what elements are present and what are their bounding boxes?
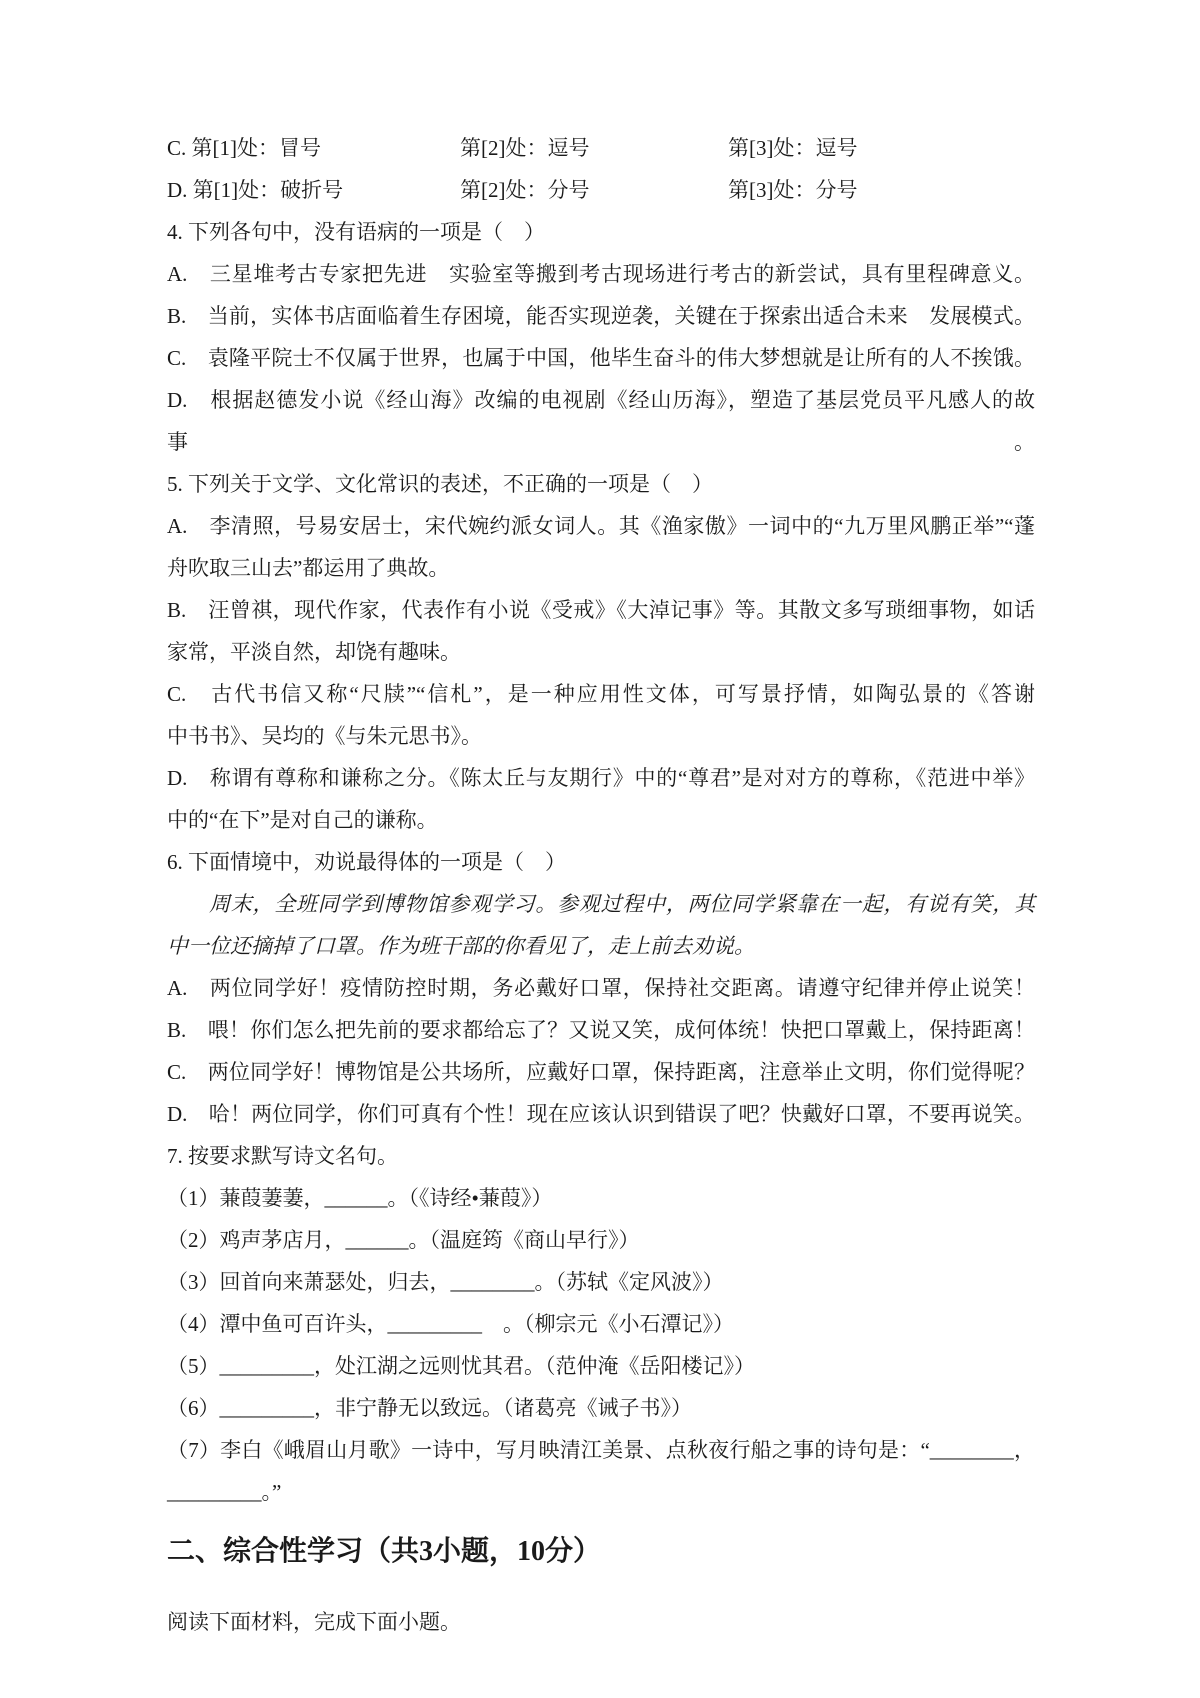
q4-option-c: C. 袁隆平院士不仅属于世界，也属于中国，他毕生奋斗的伟大梦想就是让所有的人不挨…	[167, 337, 1035, 379]
q3-d-col3: 第[3]处：分号	[728, 169, 1035, 211]
q5-option-d-line2: 中的“在下”是对自己的谦称。	[167, 799, 1035, 841]
section-2-heading: 二、综合性学习（共3小题，10分）	[167, 1527, 1035, 1577]
q3-option-row-c: C. 第[1]处：冒号 第[2]处：逗号 第[3]处：逗号	[167, 127, 1035, 169]
q7-item-7-line1: （7）李白《峨眉山月歌》一诗中，写月映清江美景、点秋夜行船之事的诗句是：“___…	[167, 1429, 1035, 1471]
q6-option-d: D. 哈！两位同学，你们可真有个性！现在应该认识到错误了吧？快戴好口罩，不要再说…	[167, 1093, 1035, 1135]
q4-option-a: A. 三星堆考古专家把先进 实验室等搬到考古现场进行考古的新尝试，具有里程碑意义…	[167, 253, 1035, 295]
q6-option-b: B. 喂！你们怎么把先前的要求都给忘了？又说又笑，成何体统！快把口罩戴上，保持距…	[167, 1009, 1035, 1051]
q7-item-1: （1）蒹葭萋萋，______。（《诗经•蒹葭》）	[167, 1177, 1035, 1219]
q6-scenario-line1: 周末，全班同学到博物馆参观学习。参观过程中，两位同学紧靠在一起，有说有笑，其	[167, 883, 1035, 925]
q7-stem: 7. 按要求默写诗文名句。	[167, 1135, 1035, 1177]
q5-option-c-line1: C. 古代书信又称“尺牍”“信札”，是一种应用性文体，可写景抒情，如陶弘景的《答…	[167, 673, 1035, 715]
q5-option-b-line2: 家常，平淡自然，却饶有趣味。	[167, 631, 1035, 673]
q6-option-c: C. 两位同学好！博物馆是公共场所，应戴好口罩，保持距离，注意举止文明，你们觉得…	[167, 1051, 1035, 1093]
q3-d-col2: 第[2]处：分号	[460, 169, 728, 211]
section-2-lead: 阅读下面材料，完成下面小题。	[167, 1601, 1035, 1643]
q3-option-row-d: D. 第[1]处：破折号 第[2]处：分号 第[3]处：分号	[167, 169, 1035, 211]
q7-item-7-line2: _________。”	[167, 1471, 1035, 1513]
q5-option-b-line1: B. 汪曾祺，现代作家，代表作有小说《受戒》《大淖记事》等。其散文多写琐细事物，…	[167, 589, 1035, 631]
q4-option-b: B. 当前，实体书店面临着生存困境，能否实现逆袭，关键在于探索出适合未来 发展模…	[167, 295, 1035, 337]
q7-item-6: （6）_________，非宁静无以致远。（诸葛亮《诫子书》）	[167, 1387, 1035, 1429]
exam-paper-page: C. 第[1]处：冒号 第[2]处：逗号 第[3]处：逗号 D. 第[1]处：破…	[0, 0, 1200, 1698]
q7-item-4: （4）潭中鱼可百许头，_________ 。（柳宗元《小石潭记》）	[167, 1303, 1035, 1345]
q5-option-a-line1: A. 李清照，号易安居士，宋代婉约派女词人。其《渔家傲》一词中的“九万里风鹏正举…	[167, 505, 1035, 547]
q3-c-col1: C. 第[1]处：冒号	[167, 127, 460, 169]
q7-item-2: （2）鸡声茅店月，______。（温庭筠《商山早行》）	[167, 1219, 1035, 1261]
q3-c-col3: 第[3]处：逗号	[728, 127, 1035, 169]
q5-stem: 5. 下列关于文学、文化常识的表述，不正确的一项是（ ）	[167, 463, 1035, 505]
q6-scenario-line2: 中一位还摘掉了口罩。作为班干部的你看见了，走上前去劝说。	[167, 925, 1035, 967]
q3-c-col2: 第[2]处：逗号	[460, 127, 728, 169]
q4-stem: 4. 下列各句中，没有语病的一项是（ ）	[167, 211, 1035, 253]
q3-d-col1: D. 第[1]处：破折号	[167, 169, 460, 211]
q7-item-3: （3）回首向来萧瑟处，归去，________。（苏轼《定风波》）	[167, 1261, 1035, 1303]
q4-option-d: D. 根据赵德发小说《经山海》改编的电视剧《经山历海》，塑造了基层党员平凡感人的…	[167, 379, 1035, 463]
q5-option-c-line2: 中书书》、吴均的《与朱元思书》。	[167, 715, 1035, 757]
q6-option-a: A. 两位同学好！疫情防控时期，务必戴好口罩，保持社交距离。请遵守纪律并停止说笑…	[167, 967, 1035, 1009]
q6-stem: 6. 下面情境中，劝说最得体的一项是（ ）	[167, 841, 1035, 883]
q5-option-d-line1: D. 称谓有尊称和谦称之分。《陈太丘与友期行》中的“尊君”是对对方的尊称，《范进…	[167, 757, 1035, 799]
q7-item-5: （5）_________，处江湖之远则忧其君。（范仲淹《岳阳楼记》）	[167, 1345, 1035, 1387]
q5-option-a-line2: 舟吹取三山去”都运用了典故。	[167, 547, 1035, 589]
